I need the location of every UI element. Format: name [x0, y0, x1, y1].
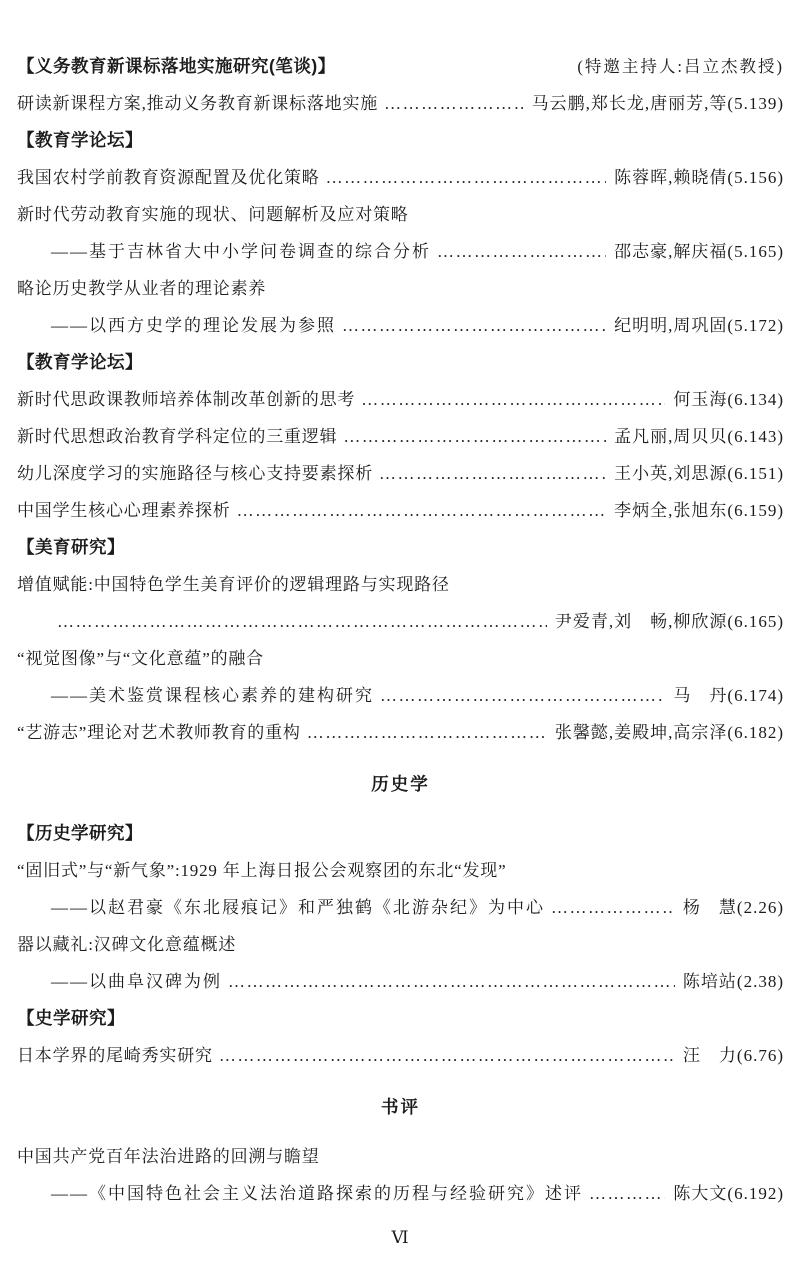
entry-title: 新时代思想政治教育学科定位的三重逻辑 — [17, 418, 337, 455]
toc-entry: …………………………………………………………………………………………………………… — [17, 603, 784, 640]
entry-title: “固旧式”与“新气象”:1929 年上海日报公会观察团的东北“发现” — [17, 852, 506, 889]
entry-title: ——以曲阜汉碑为例 — [51, 963, 222, 1000]
section-header: 【教育学论坛】 — [17, 122, 784, 159]
dot-leader: …………………………………………………………………………………………………………… — [437, 233, 606, 270]
entry-title: ——《中国特色社会主义法治道路探索的历程与经验研究》述评 — [51, 1175, 583, 1212]
toc-entry-title: 新时代劳动教育实施的现状、问题解析及应对策略 — [17, 196, 784, 233]
dot-leader: …………………………………………………………………………………………………………… — [361, 381, 665, 418]
entry-title: ——以西方史学的理论发展为参照 — [51, 307, 336, 344]
entry-authors-page: 张馨懿,姜殿坤,高宗泽(6.182) — [555, 714, 784, 751]
journal-toc-page: 【义务教育新课标落地实施研究(笔谈)】(特邀主持人:吕立杰教授)研读新课程方案,… — [0, 0, 799, 1264]
toc-entry: 研读新课程方案,推动义务教育新课标落地实施…………………………………………………… — [17, 85, 784, 122]
entry-authors-page: 马云鹏,郑长龙,唐丽芳,等(5.139) — [532, 85, 784, 122]
entry-title: 我国农村学前教育资源配置及优化策略 — [17, 159, 320, 196]
toc-entry: “艺游志”理论对艺术教师教育的重构……………………………………………………………… — [17, 714, 784, 751]
dot-leader: …………………………………………………………………………………………………………… — [57, 603, 547, 640]
entry-authors-page: 何玉海(6.134) — [673, 381, 784, 418]
entry-authors-page: 汪 力(6.76) — [683, 1037, 784, 1074]
part-title: 书评 — [17, 1089, 784, 1126]
toc-entry-title: 略论历史教学从业者的理论素养 — [17, 270, 784, 307]
entry-title: 新时代劳动教育实施的现状、问题解析及应对策略 — [17, 196, 409, 233]
toc-entry: ——以赵君豪《东北屐痕记》和严独鹤《北游杂纪》为中心……………………………………… — [17, 889, 784, 926]
section-header-label: 【历史学研究】 — [17, 815, 143, 852]
dot-leader: …………………………………………………………………………………………………………… — [384, 85, 524, 122]
entry-authors-page: 杨 慧(2.26) — [683, 889, 784, 926]
dot-leader: …………………………………………………………………………………………………………… — [551, 889, 675, 926]
toc-entry: 新时代思想政治教育学科定位的三重逻辑…………………………………………………………… — [17, 418, 784, 455]
section-header-label: 【美育研究】 — [17, 529, 125, 566]
section-header-label: 【史学研究】 — [17, 1000, 125, 1037]
entry-authors-page: 陈大文(6.192) — [673, 1175, 784, 1212]
section-header: 【史学研究】 — [17, 1000, 784, 1037]
entry-title: “艺游志”理论对艺术教师教育的重构 — [17, 714, 301, 751]
toc-entry: ——美术鉴赏课程核心素养的建构研究……………………………………………………………… — [17, 677, 784, 714]
dot-leader: …………………………………………………………………………………………………………… — [342, 307, 606, 344]
dot-leader: …………………………………………………………………………………………………………… — [343, 418, 606, 455]
entry-authors-page: 李炳全,张旭东(6.159) — [614, 492, 784, 529]
entry-title: 中国学生核心心理素养探析 — [17, 492, 231, 529]
entry-authors-page: 邵志豪,解庆福(5.165) — [614, 233, 784, 270]
section-header: 【历史学研究】 — [17, 815, 784, 852]
toc-entry-title: “视觉图像”与“文化意蕴”的融合 — [17, 640, 784, 677]
section-header-label: 【教育学论坛】 — [17, 122, 143, 159]
entry-title: 研读新课程方案,推动义务教育新课标落地实施 — [17, 85, 378, 122]
entry-authors-page: 陈蓉晖,赖晓倩(5.156) — [614, 159, 784, 196]
entry-authors-page: 孟凡丽,周贝贝(6.143) — [614, 418, 784, 455]
toc-list: 【义务教育新课标落地实施研究(笔谈)】(特邀主持人:吕立杰教授)研读新课程方案,… — [17, 48, 784, 1212]
section-host-label: (特邀主持人:吕立杰教授) — [577, 48, 784, 85]
dot-leader: …………………………………………………………………………………………………………… — [589, 1175, 665, 1212]
toc-entry: 我国农村学前教育资源配置及优化策略……………………………………………………………… — [17, 159, 784, 196]
section-header: 【美育研究】 — [17, 529, 784, 566]
entry-authors-page: 王小英,刘思源(6.151) — [614, 455, 784, 492]
dot-leader: …………………………………………………………………………………………………………… — [219, 1037, 675, 1074]
entry-title: 新时代思政课教师培养体制改革创新的思考 — [17, 381, 355, 418]
dot-leader: …………………………………………………………………………………………………………… — [380, 677, 665, 714]
entry-title: “视觉图像”与“文化意蕴”的融合 — [17, 640, 264, 677]
toc-entry: ——以西方史学的理论发展为参照…………………………………………………………………… — [17, 307, 784, 344]
section-header-label: 【教育学论坛】 — [17, 344, 143, 381]
entry-title: 幼儿深度学习的实施路径与核心支持要素探析 — [17, 455, 373, 492]
entry-title: 器以藏礼:汉碑文化意蕴概述 — [17, 926, 236, 963]
entry-authors-page: 纪明明,周巩固(5.172) — [614, 307, 784, 344]
entry-title: 略论历史教学从业者的理论素养 — [17, 270, 266, 307]
toc-entry-title: 器以藏礼:汉碑文化意蕴概述 — [17, 926, 784, 963]
section-header: 【义务教育新课标落地实施研究(笔谈)】(特邀主持人:吕立杰教授) — [17, 48, 784, 85]
dot-leader: …………………………………………………………………………………………………………… — [228, 963, 675, 1000]
entry-title: ——以赵君豪《东北屐痕记》和严独鹤《北游杂纪》为中心 — [51, 889, 545, 926]
entry-title: 中国共产党百年法治进路的回溯与瞻望 — [17, 1138, 320, 1175]
toc-entry-title: “固旧式”与“新气象”:1929 年上海日报公会观察团的东北“发现” — [17, 852, 784, 889]
toc-entry-title: 中国共产党百年法治进路的回溯与瞻望 — [17, 1138, 784, 1175]
toc-entry: 中国学生核心心理素养探析…………………………………………………………………………… — [17, 492, 784, 529]
toc-entry: ——基于吉林省大中小学问卷调查的综合分析……………………………………………………… — [17, 233, 784, 270]
entry-authors-page: 尹爱青,刘 畅,柳欣源(6.165) — [555, 603, 784, 640]
dot-leader: …………………………………………………………………………………………………………… — [307, 714, 547, 751]
toc-entry-title: 增值赋能:中国特色学生美育评价的逻辑理路与实现路径 — [17, 566, 784, 603]
part-title: 历史学 — [17, 766, 784, 803]
dot-leader: …………………………………………………………………………………………………………… — [379, 455, 606, 492]
entry-authors-page: 陈培站(2.38) — [683, 963, 784, 1000]
toc-entry: 日本学界的尾崎秀实研究……………………………………………………………………………… — [17, 1037, 784, 1074]
entry-title: ——美术鉴赏课程核心素养的建构研究 — [51, 677, 374, 714]
toc-entry: 幼儿深度学习的实施路径与核心支持要素探析……………………………………………………… — [17, 455, 784, 492]
entry-title: 增值赋能:中国特色学生美育评价的逻辑理路与实现路径 — [17, 566, 450, 603]
toc-entry: ——《中国特色社会主义法治道路探索的历程与经验研究》述评………………………………… — [17, 1175, 784, 1212]
entry-authors-page: 马 丹(6.174) — [673, 677, 784, 714]
entry-title: 日本学界的尾崎秀实研究 — [17, 1037, 213, 1074]
section-header: 【教育学论坛】 — [17, 344, 784, 381]
page-number: Ⅵ — [17, 1228, 784, 1248]
dot-leader: …………………………………………………………………………………………………………… — [237, 492, 607, 529]
entry-title: ——基于吉林省大中小学问卷调查的综合分析 — [51, 233, 431, 270]
toc-entry: ——以曲阜汉碑为例…………………………………………………………………………………… — [17, 963, 784, 1000]
toc-entry: 新时代思政课教师培养体制改革创新的思考………………………………………………………… — [17, 381, 784, 418]
dot-leader: …………………………………………………………………………………………………………… — [326, 159, 607, 196]
section-header-label: 【义务教育新课标落地实施研究(笔谈)】 — [17, 48, 336, 85]
